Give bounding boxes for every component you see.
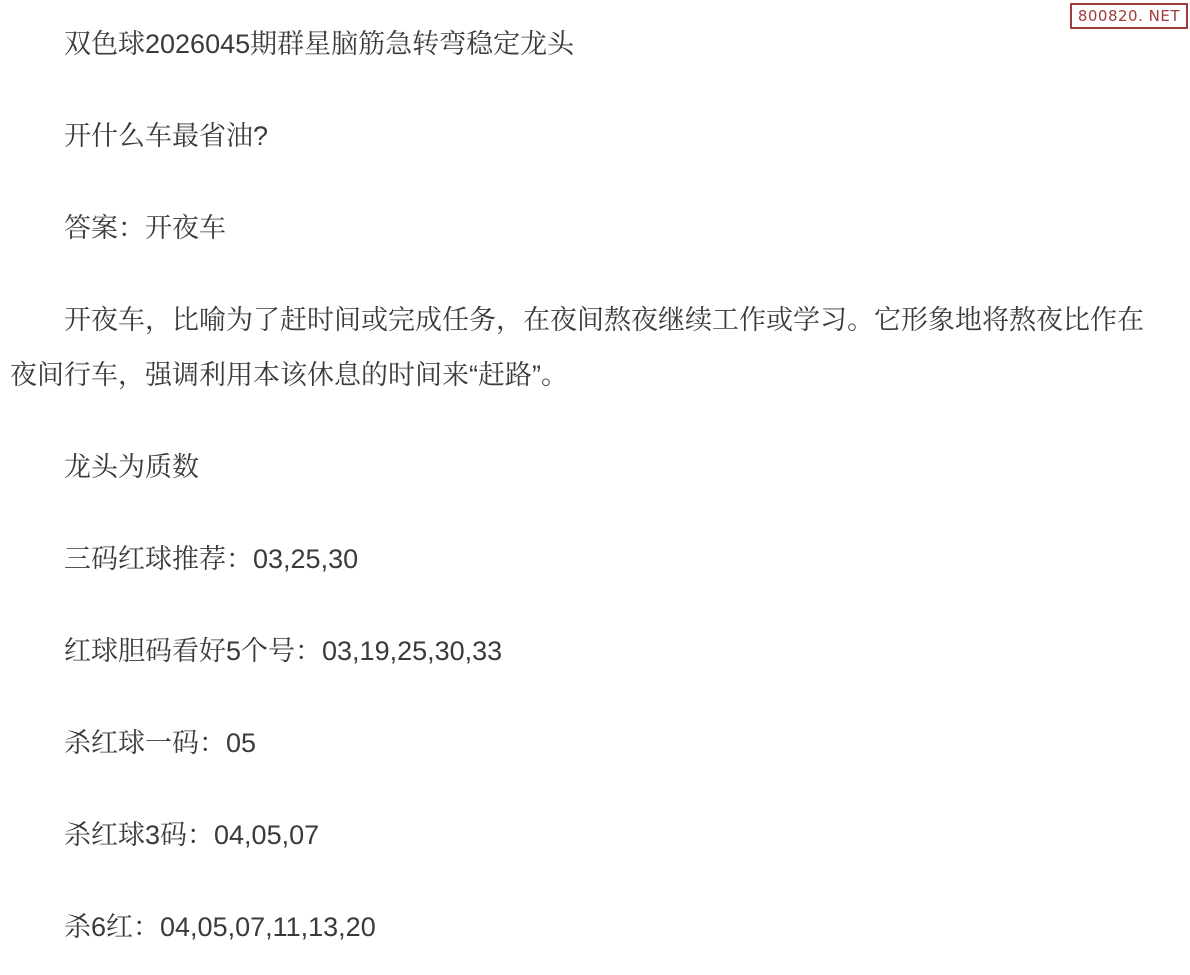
kill-three-red: 杀红球3码：04,05,07 [10,808,1156,863]
article-page: 800820. NET 双色球2026045期群星脑筋急转弯稳定龙头 开什么车最… [0,0,1190,975]
kill-six-red: 杀6红：04,05,07,11,13,20 [10,900,1156,955]
riddle-explanation: 开夜车，比喻为了赶时间或完成任务，在夜间熬夜继续工作或学习。它形象地将熬夜比作在… [10,293,1156,403]
riddle-question: 开什么车最省油? [10,109,1156,164]
site-watermark-badge: 800820. NET [1070,3,1188,29]
riddle-answer: 答案：开夜车 [10,201,1156,256]
kill-one-red: 杀红球一码：05 [10,716,1156,771]
article-body: 双色球2026045期群星脑筋急转弯稳定龙头 开什么车最省油? 答案：开夜车 开… [0,17,1190,955]
dragon-head-note: 龙头为质数 [10,440,1156,495]
article-title: 双色球2026045期群星脑筋急转弯稳定龙头 [10,17,1156,72]
five-dan-codes: 红球胆码看好5个号：03,19,25,30,33 [10,624,1156,679]
three-red-recommendation: 三码红球推荐：03,25,30 [10,532,1156,587]
